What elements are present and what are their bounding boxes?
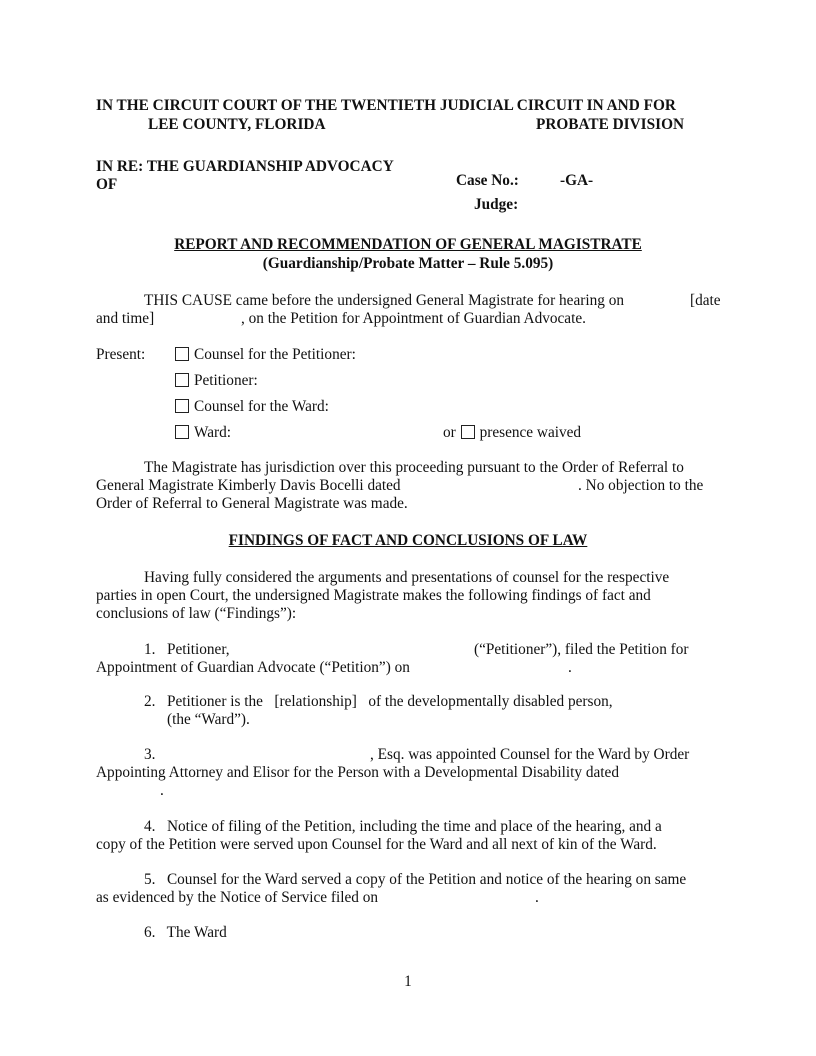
or-label: or [443,424,456,441]
present-item-label: Counsel for the Ward: [194,398,329,415]
checkbox[interactable] [175,347,189,361]
presence-waived-label: presence waived [480,424,582,441]
finding-5-line2b: . [535,889,539,907]
in-re-line1: IN RE: THE GUARDIANSHIP ADVOCACY [96,158,394,176]
jurisdiction-line2b: . No objection to the [578,477,703,495]
division-label: PROBATE DIVISION [536,116,684,134]
finding-5-line2a: as evidenced by the Notice of Service fi… [96,889,378,907]
finding-1-line1a: 1. Petitioner, [144,641,230,659]
county-label: LEE COUNTY, FLORIDA [148,116,326,134]
presence-waived-option: or presence waived [443,424,581,442]
findings-heading: FINDINGS OF FACT AND CONCLUSIONS OF LAW [229,532,588,549]
finding-4-line2: copy of the Petition were served upon Co… [96,836,657,854]
finding-3-line1a: 3. [144,746,155,764]
jurisdiction-line2a: General Magistrate Kimberly Davis Bocell… [96,477,401,495]
findings-intro-line3: conclusions of law (“Findings”): [96,605,296,623]
finding-3-line1b: , Esq. was appointed Counsel for the War… [370,746,689,764]
report-title: REPORT AND RECOMMENDATION OF GENERAL MAG… [174,236,642,253]
finding-2-line1: 2. Petitioner is the [relationship] of t… [144,693,613,711]
checkbox[interactable] [175,373,189,387]
finding-3-line3: . [160,782,164,800]
present-label: Present: [96,346,145,364]
present-item-counsel-petitioner: Counsel for the Petitioner: [175,346,356,364]
court-caption-line1: IN THE CIRCUIT COURT OF THE TWENTIETH JU… [96,97,676,115]
jurisdiction-line1: The Magistrate has jurisdiction over thi… [144,459,684,477]
finding-2-line2: (the “Ward”). [167,711,250,729]
checkbox[interactable] [175,399,189,413]
finding-5-line1: 5. Counsel for the Ward served a copy of… [144,871,686,889]
page-number: 1 [0,973,816,991]
finding-1-line1b: (“Petitioner”), filed the Petition for [474,641,689,659]
present-item-label: Petitioner: [194,372,258,389]
case-no-label: Case No.: [456,172,519,190]
finding-6-line1: 6. The Ward [144,924,227,942]
intro-line2: , on the Petition for Appointment of Gua… [241,310,586,328]
intro-date-placeholder[interactable]: [date [690,292,721,310]
case-no-value[interactable]: -GA- [560,172,593,190]
present-item-label: Ward: [194,424,231,441]
judge-label: Judge: [474,196,518,214]
present-item-counsel-ward: Counsel for the Ward: [175,398,329,416]
present-item-ward: Ward: [175,424,231,442]
jurisdiction-line3: Order of Referral to General Magistrate … [96,495,408,513]
intro-date-placeholder-cont[interactable]: and time] [96,310,154,328]
finding-1-line2a: Appointment of Guardian Advocate (“Petit… [96,659,410,677]
intro-line1: THIS CAUSE came before the undersigned G… [144,292,624,310]
report-subtitle: (Guardianship/Probate Matter – Rule 5.09… [0,255,816,273]
findings-intro-line2: parties in open Court, the undersigned M… [96,587,651,605]
finding-4-line1: 4. Notice of filing of the Petition, inc… [144,818,662,836]
findings-intro-line1: Having fully considered the arguments an… [144,569,669,587]
in-re-line2: OF [96,176,117,194]
present-item-petitioner: Petitioner: [175,372,258,390]
checkbox[interactable] [175,425,189,439]
presence-waived-checkbox[interactable] [461,425,475,439]
finding-3-line2: Appointing Attorney and Elisor for the P… [96,764,619,782]
finding-1-line2b: . [568,659,572,677]
present-item-label: Counsel for the Petitioner: [194,346,356,363]
